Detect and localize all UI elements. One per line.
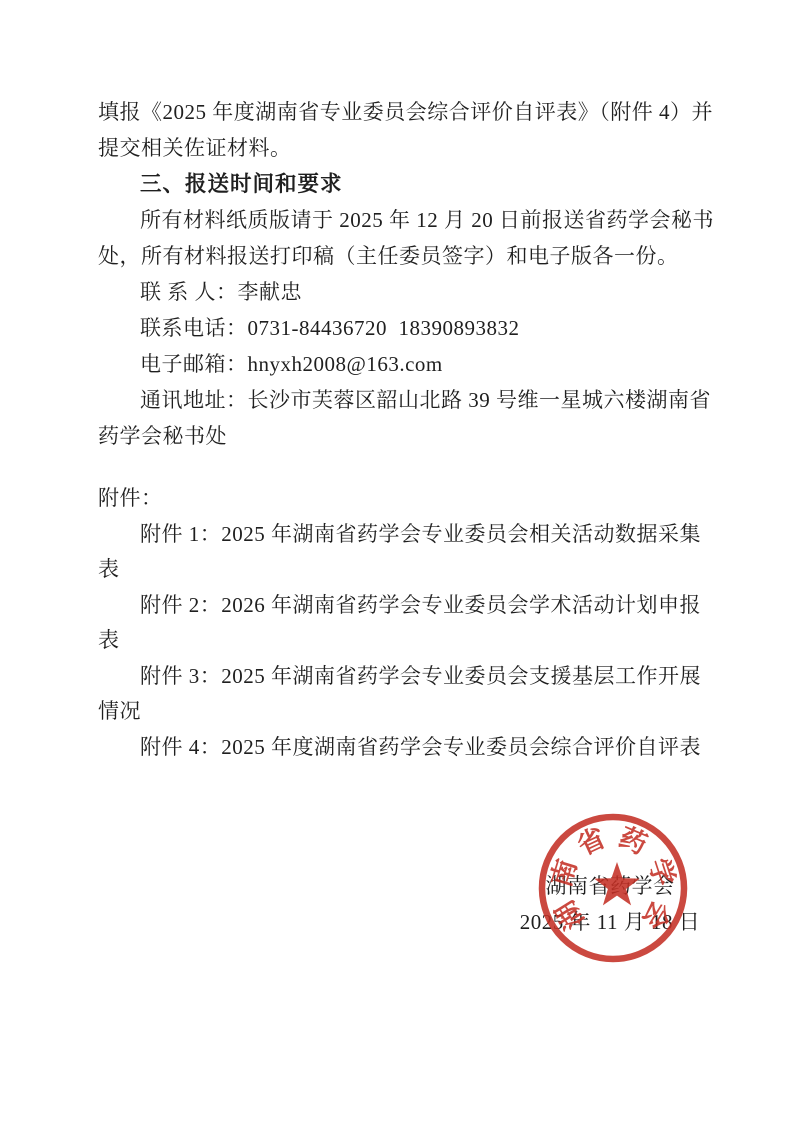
contact-email-line: 电子邮箱：hnyxh2008@163.com [98,346,716,382]
text-line: 所有材料纸质版请于 2025 年 12 月 20 日前报送省药学会秘书 [98,202,716,238]
section-heading: 三、报送时间和要求 [98,166,716,202]
text-line: 填报《2025 年度湖南省专业委员会综合评价自评表》（附件 4）并 [98,94,716,130]
text-line: 处，所有材料报送打印稿（主任委员签字）和电子版各一份。 [98,238,716,274]
contact-person-line: 联 系 人：李献忠 [98,274,716,310]
signature-date: 2025 年 11 月 18 日 [490,905,730,941]
signature-block: 湖南省药学会 2025 年 11 月 18 日 [490,869,730,940]
document-page: 填报《2025 年度湖南省专业委员会综合评价自评表》（附件 4）并 提交相关佐证… [0,0,800,1131]
attachments-label: 附件： [98,481,716,517]
contact-phone-line: 联系电话：0731-84436720 18390893832 [98,310,716,346]
text-line: 提交相关佐证材料。 [98,130,716,166]
seal-char: 药 [615,822,652,860]
attachment-item: 附件 1：2025 年湖南省药学会专业委员会相关活动数据采集 [98,517,716,553]
document-body: 填报《2025 年度湖南省专业委员会综合评价自评表》（附件 4）并 提交相关佐证… [98,94,716,454]
text-line: 药学会秘书处 [98,418,716,454]
attachments-section: 附件： 附件 1：2025 年湖南省药学会专业委员会相关活动数据采集 表 附件 … [98,481,716,765]
seal-char: 省 [573,823,610,862]
contact-address-line: 通讯地址：长沙市芙蓉区韶山北路 39 号维一星城六楼湖南省 [98,382,716,418]
attachment-item-continuation: 表 [98,552,716,588]
attachment-item-continuation: 表 [98,623,716,659]
attachment-item: 附件 3：2025 年湖南省药学会专业委员会支援基层工作开展 [98,659,716,695]
attachment-item-continuation: 情况 [98,694,716,730]
signature-org: 湖南省药学会 [490,869,730,905]
attachment-item: 附件 2：2026 年湖南省药学会专业委员会学术活动计划申报 [98,588,716,624]
attachment-item: 附件 4：2025 年度湖南省药学会专业委员会综合评价自评表 [98,730,716,766]
